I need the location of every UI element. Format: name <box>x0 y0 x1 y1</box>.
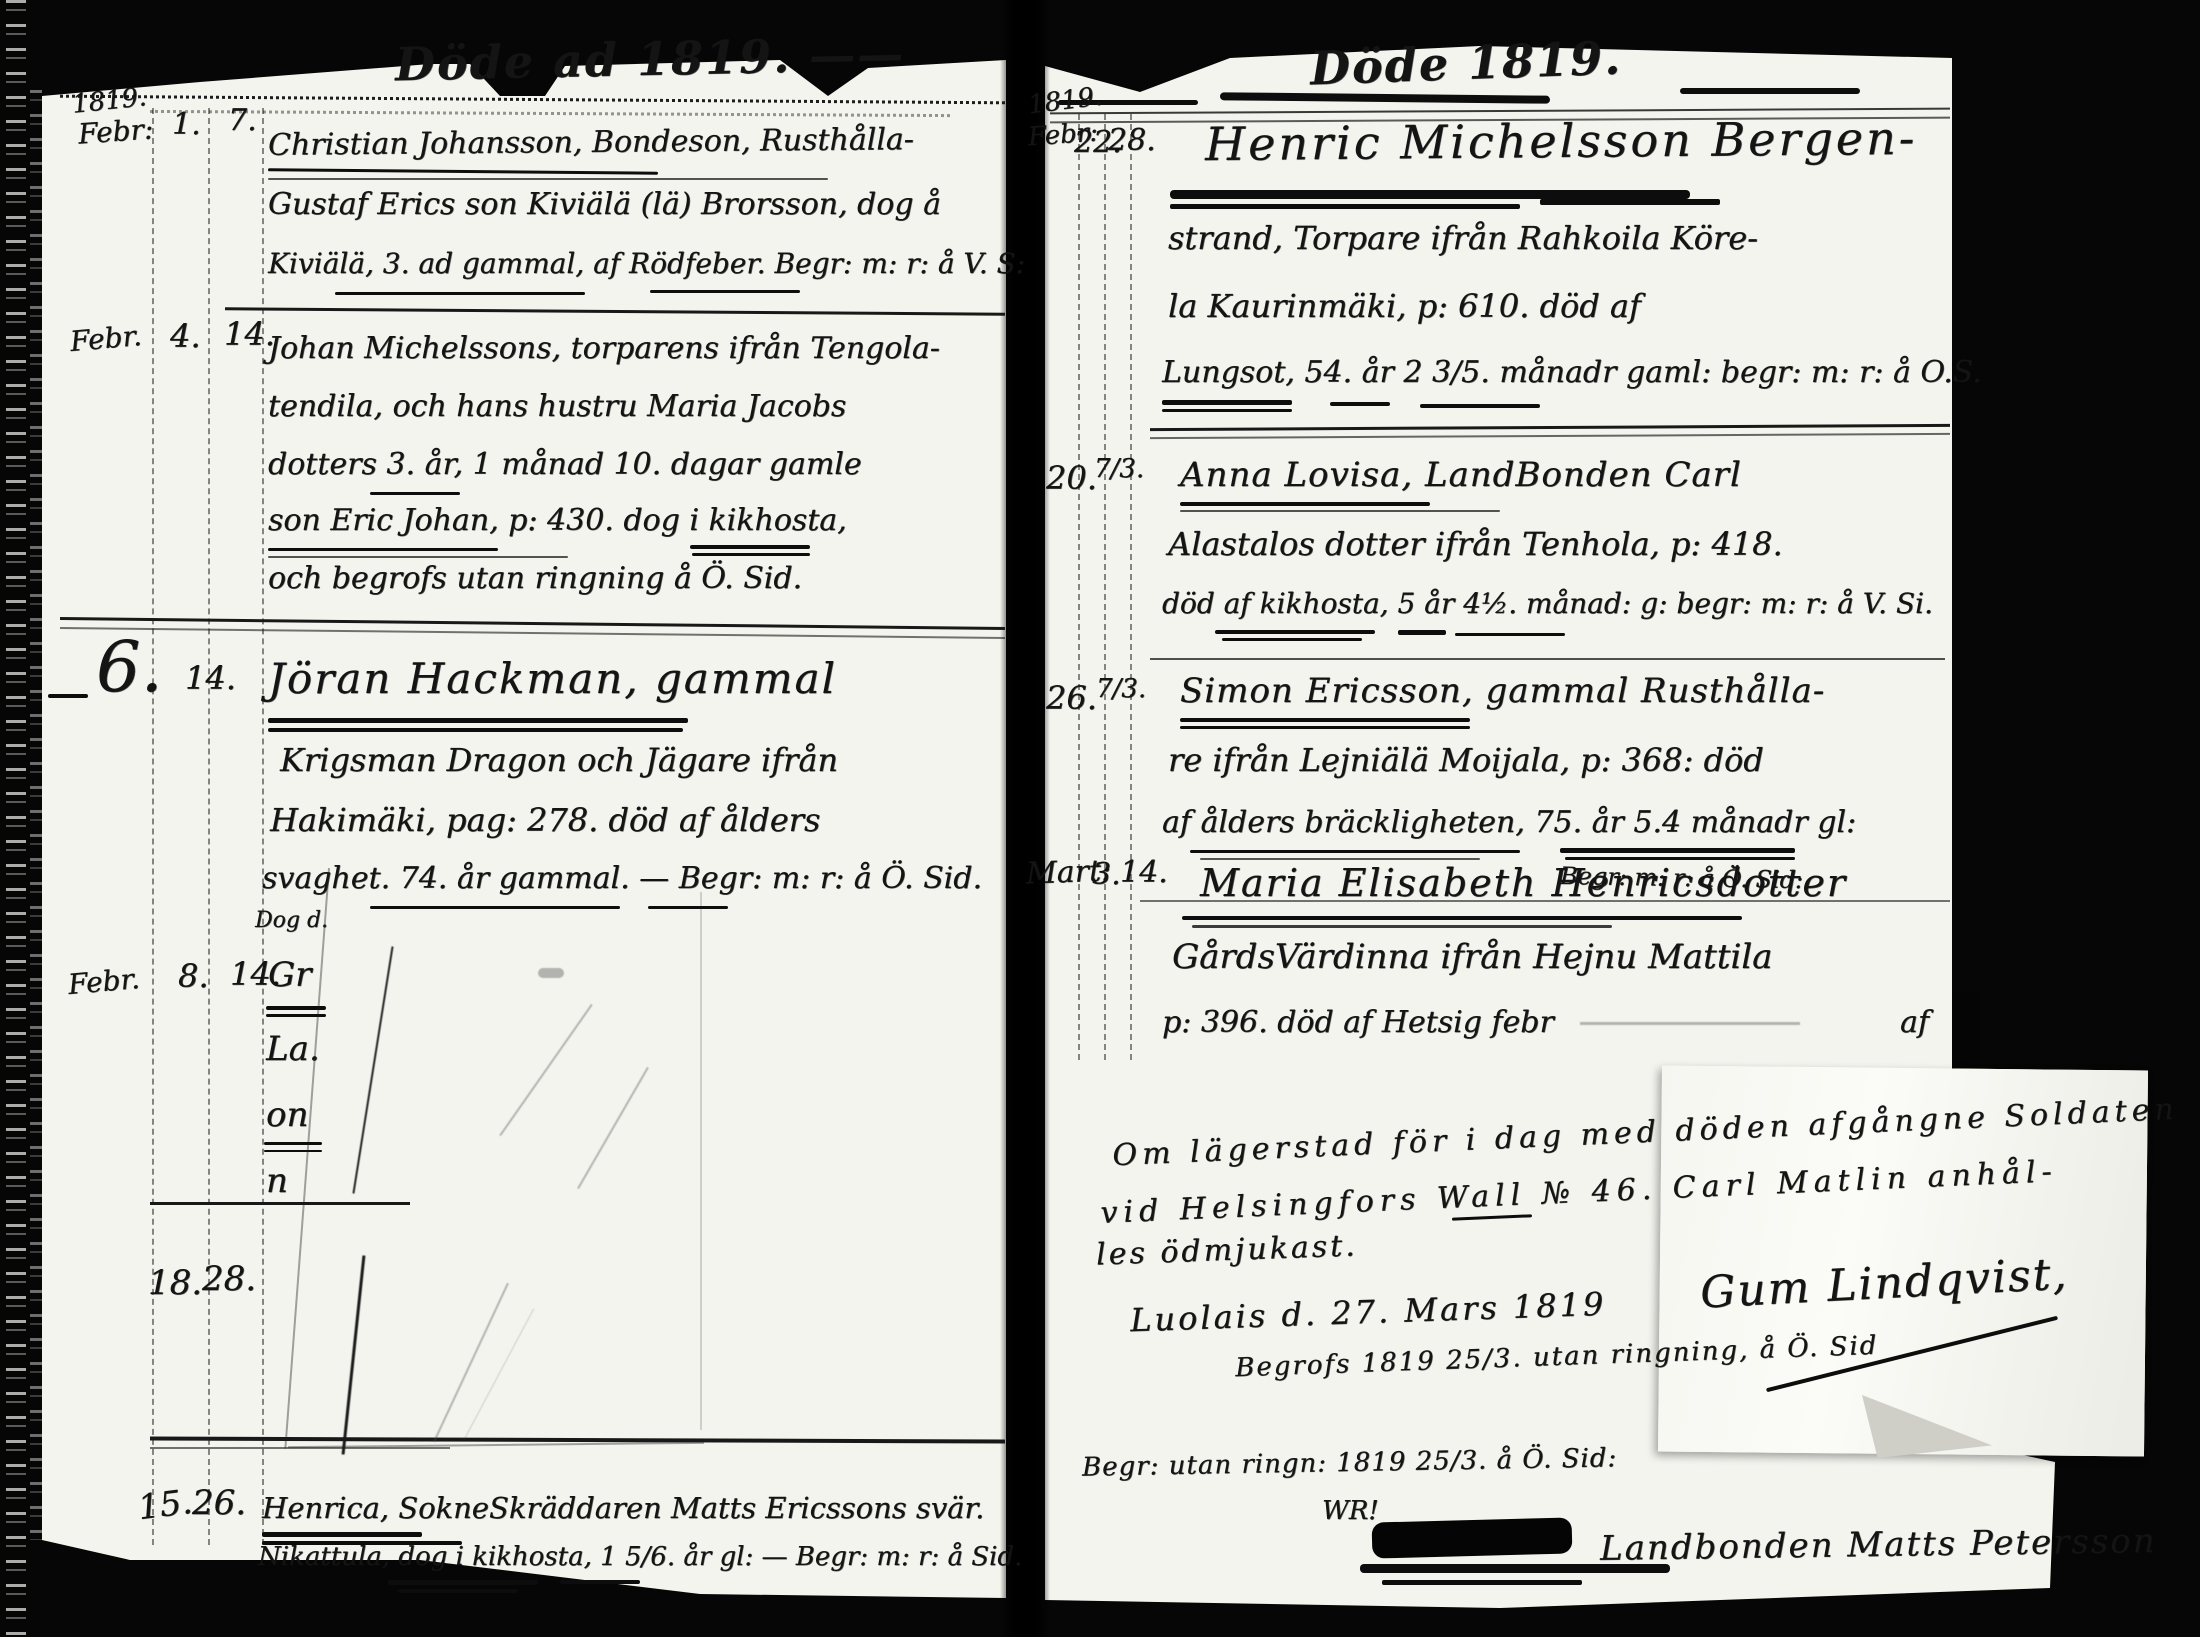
record-line: Johan Michelssons, torparens ifrån Tengo… <box>268 334 940 364</box>
record-fragment: on <box>266 1098 308 1132</box>
death-date: 18. <box>148 1266 202 1300</box>
ink-underline <box>398 1589 518 1593</box>
ink-underline <box>1560 848 1795 853</box>
ink-underline <box>268 548 498 551</box>
ink-underline <box>1200 858 1480 860</box>
ink-underline <box>262 1532 422 1537</box>
record-line-trailing: af <box>1900 1008 1929 1038</box>
record-name-line: Henric Michelsson Bergen- <box>1205 115 1918 167</box>
ink-underline <box>1180 718 1470 722</box>
record-line: la Kaurinmäki, p: 610. död af <box>1168 290 1641 322</box>
record-line: och begrofs utan ringning å Ö. Sid. <box>268 564 802 594</box>
ink-underline <box>650 290 800 293</box>
record-name-line: Simon Ericsson, gammal Rusthålla- <box>1180 674 1825 708</box>
record-line: tendila, och hans hustru Maria Jacobs <box>268 392 846 422</box>
ink-underline <box>1190 850 1520 853</box>
burial-date: 28. <box>202 1262 256 1296</box>
ink-underline <box>1330 402 1390 406</box>
ink-underline <box>690 545 810 549</box>
ink-underline <box>1540 199 1720 205</box>
record-line: Gustaf Erics son Kiviälä (lä) Brorsson, … <box>268 190 941 220</box>
page-header: Döde 1819. <box>1309 35 1622 92</box>
ink-smear <box>1680 88 1860 94</box>
death-date: 4. <box>170 320 201 352</box>
record-line: strand, Torpare ifrån Rahkoila Köre- <box>1168 222 1758 254</box>
ink-underline <box>1215 630 1375 634</box>
ink-underline <box>1182 916 1742 920</box>
book-gutter <box>1000 0 1050 1637</box>
month-label: Febr. <box>67 965 141 999</box>
death-date: 6. <box>96 632 163 702</box>
record-fragment: n <box>266 1164 288 1198</box>
crossed-out-name <box>1372 1517 1573 1558</box>
month-label: Febr. <box>69 322 143 356</box>
ink-underline <box>335 292 585 295</box>
death-date: 3. <box>1092 860 1121 890</box>
note-line: les ödmjukast. <box>1096 1231 1359 1270</box>
record-name-line: Anna Lovisa, LandBonden Carl <box>1180 458 1742 492</box>
death-date: 15. <box>136 1485 194 1525</box>
faded-text-mark <box>1580 1022 1800 1025</box>
ink-underline <box>1398 630 1446 635</box>
ink-underline <box>1162 409 1292 412</box>
ink-underline <box>1180 726 1470 729</box>
burial-date: 7/3. <box>1094 456 1144 482</box>
loose-paper-edge <box>700 892 702 1430</box>
record-fragment: La. <box>266 1032 320 1066</box>
initials: WR! <box>1322 1498 1379 1524</box>
record-line: p: 396. död af Hetsig febr <box>1162 1008 1554 1038</box>
bleed-through-mark <box>538 968 564 978</box>
burial-date: 7/3. <box>1096 676 1146 702</box>
death-date: 8. <box>178 960 209 992</box>
record-line: Nikattula, dog i kikhosta, 1 5/6. år gl:… <box>258 1544 1022 1570</box>
record-footnote: Dog d. <box>255 910 328 932</box>
ink-underline <box>1180 510 1500 512</box>
column-rule <box>1104 114 1106 1060</box>
ink-underline <box>692 553 810 556</box>
column-rule <box>1130 114 1132 1060</box>
record-name-line: Jöran Hackman, gammal <box>268 658 837 700</box>
month-label: Febr: <box>77 115 154 148</box>
record-line: re ifrån Lejniälä Moijala, p: 368: död <box>1168 744 1764 776</box>
record-line: dotters 3. år, 1 månad 10. dagar gamle <box>268 450 862 480</box>
burial-date: 14. <box>185 662 236 694</box>
ink-underline <box>1170 204 1520 209</box>
record-line: af ålders bräckligheten, 75. år 5.4 måna… <box>1162 808 1856 838</box>
ink-underline <box>370 492 460 495</box>
burial-date: 26. <box>192 1486 246 1520</box>
death-date: 1. <box>172 110 201 140</box>
death-date: 26. <box>1046 682 1097 714</box>
record-line: död af kikhosta, 5 år 4½. månad: g: begr… <box>1162 590 1933 618</box>
record-line: Alastalos dotter ifrån Tenhola, p: 418. <box>1168 528 1783 560</box>
ink-underline <box>1565 857 1795 860</box>
column-rule <box>152 108 154 1545</box>
ink-underline <box>268 728 683 732</box>
ink-underline <box>1420 404 1540 408</box>
column-rule <box>208 108 210 1545</box>
record-line: GårdsVärdinna ifrån Hejnu Mattila <box>1172 940 1772 974</box>
ink-underline <box>268 718 688 723</box>
record-line: Hakimäki, pag: 278. död af ålders <box>270 804 820 836</box>
row-separator <box>1150 658 1945 660</box>
ink-underline <box>1455 633 1565 636</box>
ink-dash <box>48 694 88 698</box>
ink-underline <box>268 178 828 180</box>
scan-edge-noise <box>30 90 42 1540</box>
record-line: Kiviälä, 3. ad gammal, af Rödfeber. Begr… <box>268 250 1025 278</box>
ink-underline <box>1222 638 1362 641</box>
page-header: Döde ad 1819. —— <box>395 31 906 88</box>
record-line: Krigsman Dragon och Jägare ifrån <box>280 744 838 776</box>
ink-underline <box>268 556 568 558</box>
ink-underline <box>1382 1580 1582 1585</box>
register-scan: 1819. Febr: 1. 7. Christian Johansson, B… <box>0 0 2200 1637</box>
bottom-record-line: Landbonden Matts Petersson <box>1600 1524 2157 1566</box>
ink-underline <box>560 1580 640 1584</box>
ink-underline <box>1162 400 1292 405</box>
record-line: Lungsot, 54. år 2 3/5. månadr gaml: begr… <box>1162 358 1982 388</box>
burial-date: 28. <box>1108 126 1156 156</box>
ink-underline <box>1192 925 1612 928</box>
record-fragment: Gr <box>268 958 311 992</box>
record-name-line: Henrica, SokneSkräddaren Matts Ericssons… <box>262 1494 984 1523</box>
record-name-line: Maria Elisabeth Henricsdotter <box>1200 864 1847 902</box>
ink-underline <box>388 1580 538 1585</box>
ink-underline <box>1170 190 1690 199</box>
burial-date: 7. <box>228 106 257 136</box>
record-name-line: Christian Johansson, Bondeson, Rusthålla… <box>268 125 914 161</box>
burial-date: 14. <box>1120 858 1168 888</box>
record-line: son Eric Johan, p: 430. dog i kikhosta, <box>268 506 847 536</box>
ink-underline <box>1180 502 1430 506</box>
death-date: 20. <box>1046 462 1097 494</box>
column-rule <box>1078 114 1080 1060</box>
scan-edge-noise <box>6 0 26 1637</box>
